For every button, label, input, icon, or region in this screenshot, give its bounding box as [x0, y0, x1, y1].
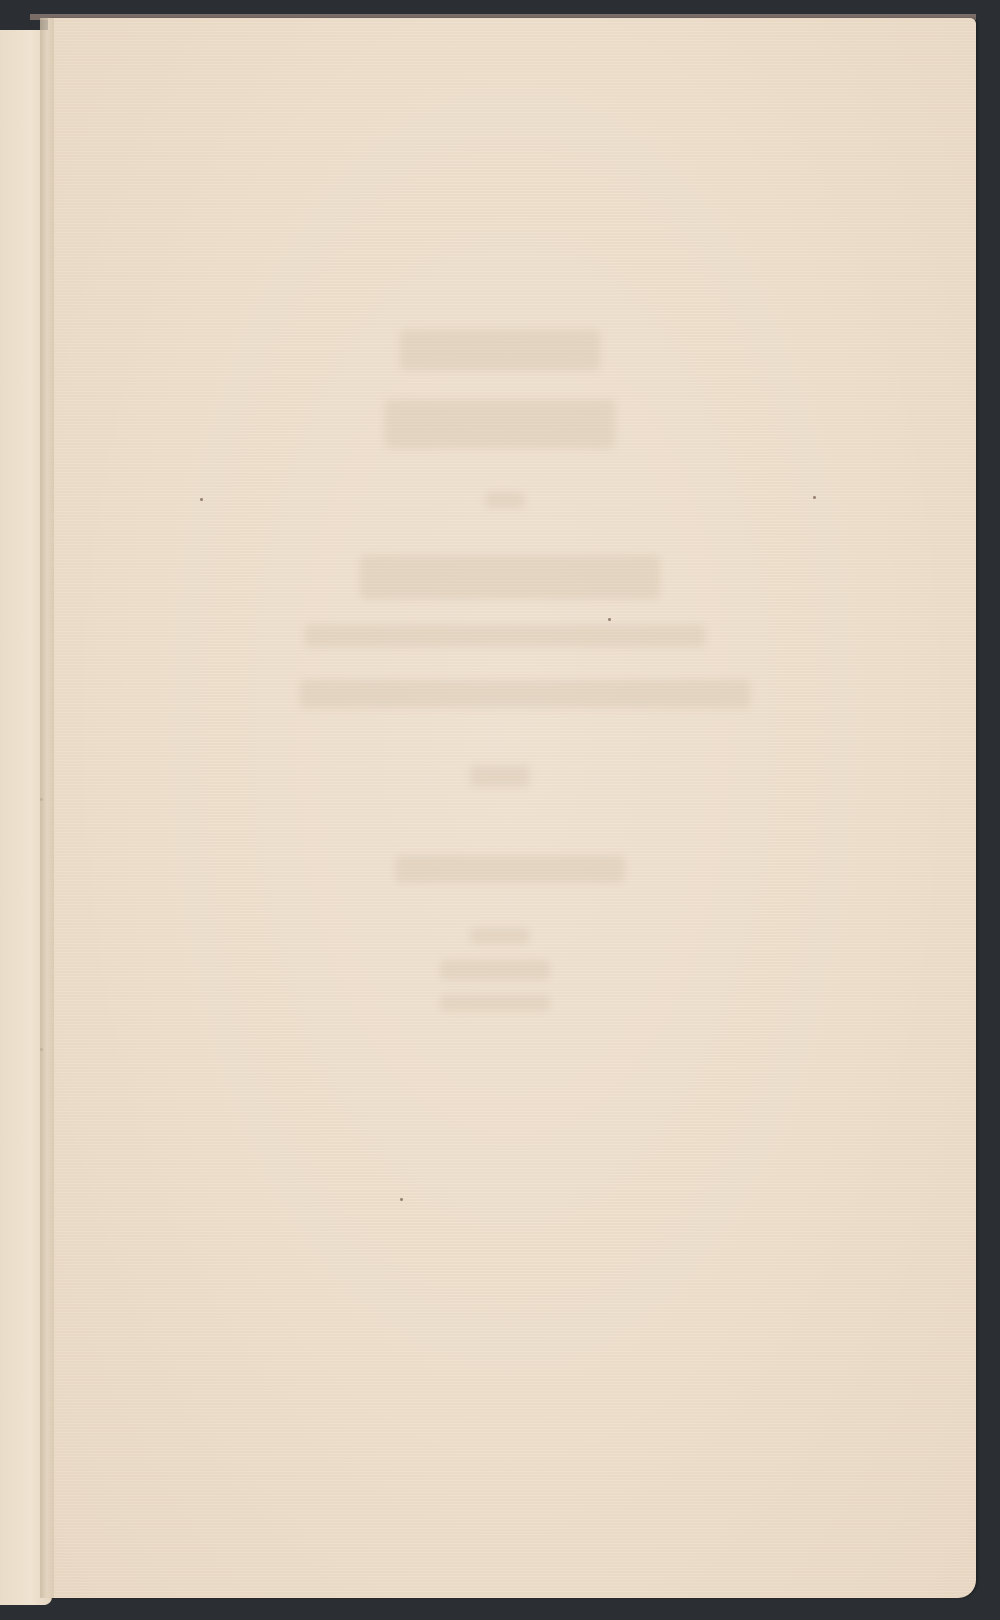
show-through-line	[485, 492, 525, 508]
show-through-line	[395, 855, 625, 883]
show-through-text	[48, 18, 976, 1598]
show-through-line	[300, 680, 750, 708]
show-through-line	[470, 928, 530, 944]
paper-speck	[400, 1198, 403, 1201]
book-gutter	[40, 18, 54, 1598]
show-through-line	[360, 555, 660, 599]
show-through-line	[440, 960, 550, 980]
paper-speck	[200, 498, 203, 501]
paper-speck	[813, 496, 816, 499]
paper-speck	[608, 618, 611, 621]
show-through-line	[305, 625, 705, 647]
show-through-line	[400, 330, 600, 370]
show-through-line	[385, 400, 615, 448]
show-through-line	[470, 765, 530, 787]
show-through-line	[440, 995, 550, 1011]
book-page	[48, 18, 976, 1598]
